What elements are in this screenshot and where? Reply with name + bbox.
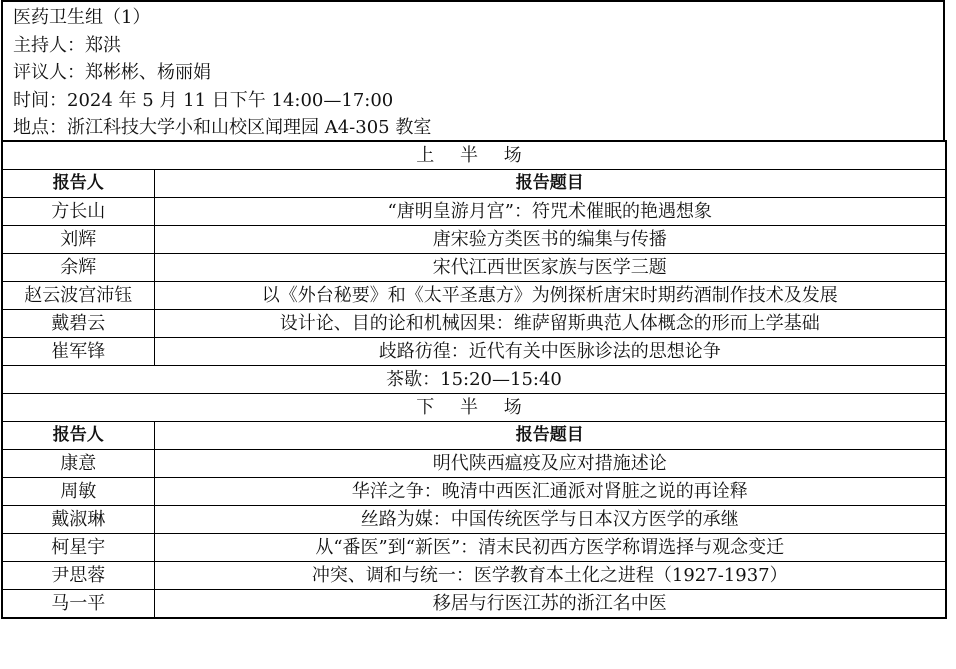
speaker-header: 报告人 — [2, 170, 154, 198]
topic-header: 报告题目 — [154, 170, 946, 198]
location-line: 地点：浙江科技大学小和山校区闻理园 A4-305 教室 — [13, 114, 943, 142]
first-half-title: 上 半 场 — [2, 141, 946, 170]
speaker-cell: 马一平 — [2, 590, 154, 619]
topic-cell: 冲突、调和与统一：医学教育本土化之进程（1927-1937） — [154, 562, 946, 590]
speaker-cell: 尹思蓉 — [2, 562, 154, 590]
second-half-title-row: 下 半 场 — [2, 394, 946, 422]
first-half-title-row: 上 半 场 — [2, 141, 946, 170]
table-row: 余辉 宋代江西世医家族与医学三题 — [2, 254, 946, 282]
schedule-sheet: 医药卫生组（1） 主持人：郑洪 评议人：郑彬彬、杨丽娟 时间：2024 年 5 … — [1, 0, 945, 619]
host-line: 主持人：郑洪 — [13, 32, 943, 60]
topic-cell: 唐宋验方类医书的编集与传播 — [154, 226, 946, 254]
session-info: 医药卫生组（1） 主持人：郑洪 评议人：郑彬彬、杨丽娟 时间：2024 年 5 … — [1, 0, 945, 140]
table-row: 戴淑琳 丝路为媒：中国传统医学与日本汉方医学的承继 — [2, 506, 946, 534]
table-row: 崔军锋 歧路彷徨：近代有关中医脉诊法的思想论争 — [2, 338, 946, 366]
speaker-cell: 余辉 — [2, 254, 154, 282]
tea-break: 茶歇：15:20—15:40 — [2, 366, 946, 394]
speaker-cell: 崔军锋 — [2, 338, 154, 366]
table-row: 赵云波宫沛钰 以《外台秘要》和《太平圣惠方》为例探析唐宋时期药酒制作技术及发展 — [2, 282, 946, 310]
speaker-cell: 戴淑琳 — [2, 506, 154, 534]
topic-cell: 移居与行医江苏的浙江名中医 — [154, 590, 946, 619]
speaker-header: 报告人 — [2, 422, 154, 450]
topic-cell: 从“番医”到“新医”：清末民初西方医学称谓选择与观念变迁 — [154, 534, 946, 562]
topic-cell: 丝路为媒：中国传统医学与日本汉方医学的承继 — [154, 506, 946, 534]
topic-cell: 宋代江西世医家族与医学三题 — [154, 254, 946, 282]
speaker-cell: 刘辉 — [2, 226, 154, 254]
table-row: 刘辉 唐宋验方类医书的编集与传播 — [2, 226, 946, 254]
speaker-cell: 周敏 — [2, 478, 154, 506]
table-row: 康意 明代陕西瘟疫及应对措施述论 — [2, 450, 946, 478]
table-row: 周敏 华洋之争：晚清中西医汇通派对肾脏之说的再诠释 — [2, 478, 946, 506]
speaker-cell: 方长山 — [2, 198, 154, 226]
topic-cell: 明代陕西瘟疫及应对措施述论 — [154, 450, 946, 478]
table-row: 方长山 “唐明皇游月宫”：符咒术催眠的艳遇想象 — [2, 198, 946, 226]
topic-cell: 设计论、目的论和机械因果：维萨留斯典范人体概念的形而上学基础 — [154, 310, 946, 338]
reviewers-line: 评议人：郑彬彬、杨丽娟 — [13, 59, 943, 87]
table-row: 柯星宇 从“番医”到“新医”：清末民初西方医学称谓选择与观念变迁 — [2, 534, 946, 562]
table-row: 马一平 移居与行医江苏的浙江名中医 — [2, 590, 946, 619]
topic-header: 报告题目 — [154, 422, 946, 450]
second-half-title: 下 半 场 — [2, 394, 946, 422]
speaker-cell: 赵云波宫沛钰 — [2, 282, 154, 310]
tea-break-row: 茶歇：15:20—15:40 — [2, 366, 946, 394]
speaker-cell: 戴碧云 — [2, 310, 154, 338]
time-line: 时间：2024 年 5 月 11 日下午 14:00—17:00 — [13, 87, 943, 115]
table-row: 戴碧云 设计论、目的论和机械因果：维萨留斯典范人体概念的形而上学基础 — [2, 310, 946, 338]
group-title: 医药卫生组（1） — [13, 4, 943, 32]
first-half-header-row: 报告人 报告题目 — [2, 170, 946, 198]
speaker-cell: 康意 — [2, 450, 154, 478]
schedule-table: 上 半 场 报告人 报告题目 方长山 “唐明皇游月宫”：符咒术催眠的艳遇想象 刘… — [1, 140, 947, 619]
topic-cell: 歧路彷徨：近代有关中医脉诊法的思想论争 — [154, 338, 946, 366]
topic-cell: 以《外台秘要》和《太平圣惠方》为例探析唐宋时期药酒制作技术及发展 — [154, 282, 946, 310]
second-half-header-row: 报告人 报告题目 — [2, 422, 946, 450]
topic-cell: 华洋之争：晚清中西医汇通派对肾脏之说的再诠释 — [154, 478, 946, 506]
topic-cell: “唐明皇游月宫”：符咒术催眠的艳遇想象 — [154, 198, 946, 226]
table-row: 尹思蓉 冲突、调和与统一：医学教育本土化之进程（1927-1937） — [2, 562, 946, 590]
speaker-cell: 柯星宇 — [2, 534, 154, 562]
